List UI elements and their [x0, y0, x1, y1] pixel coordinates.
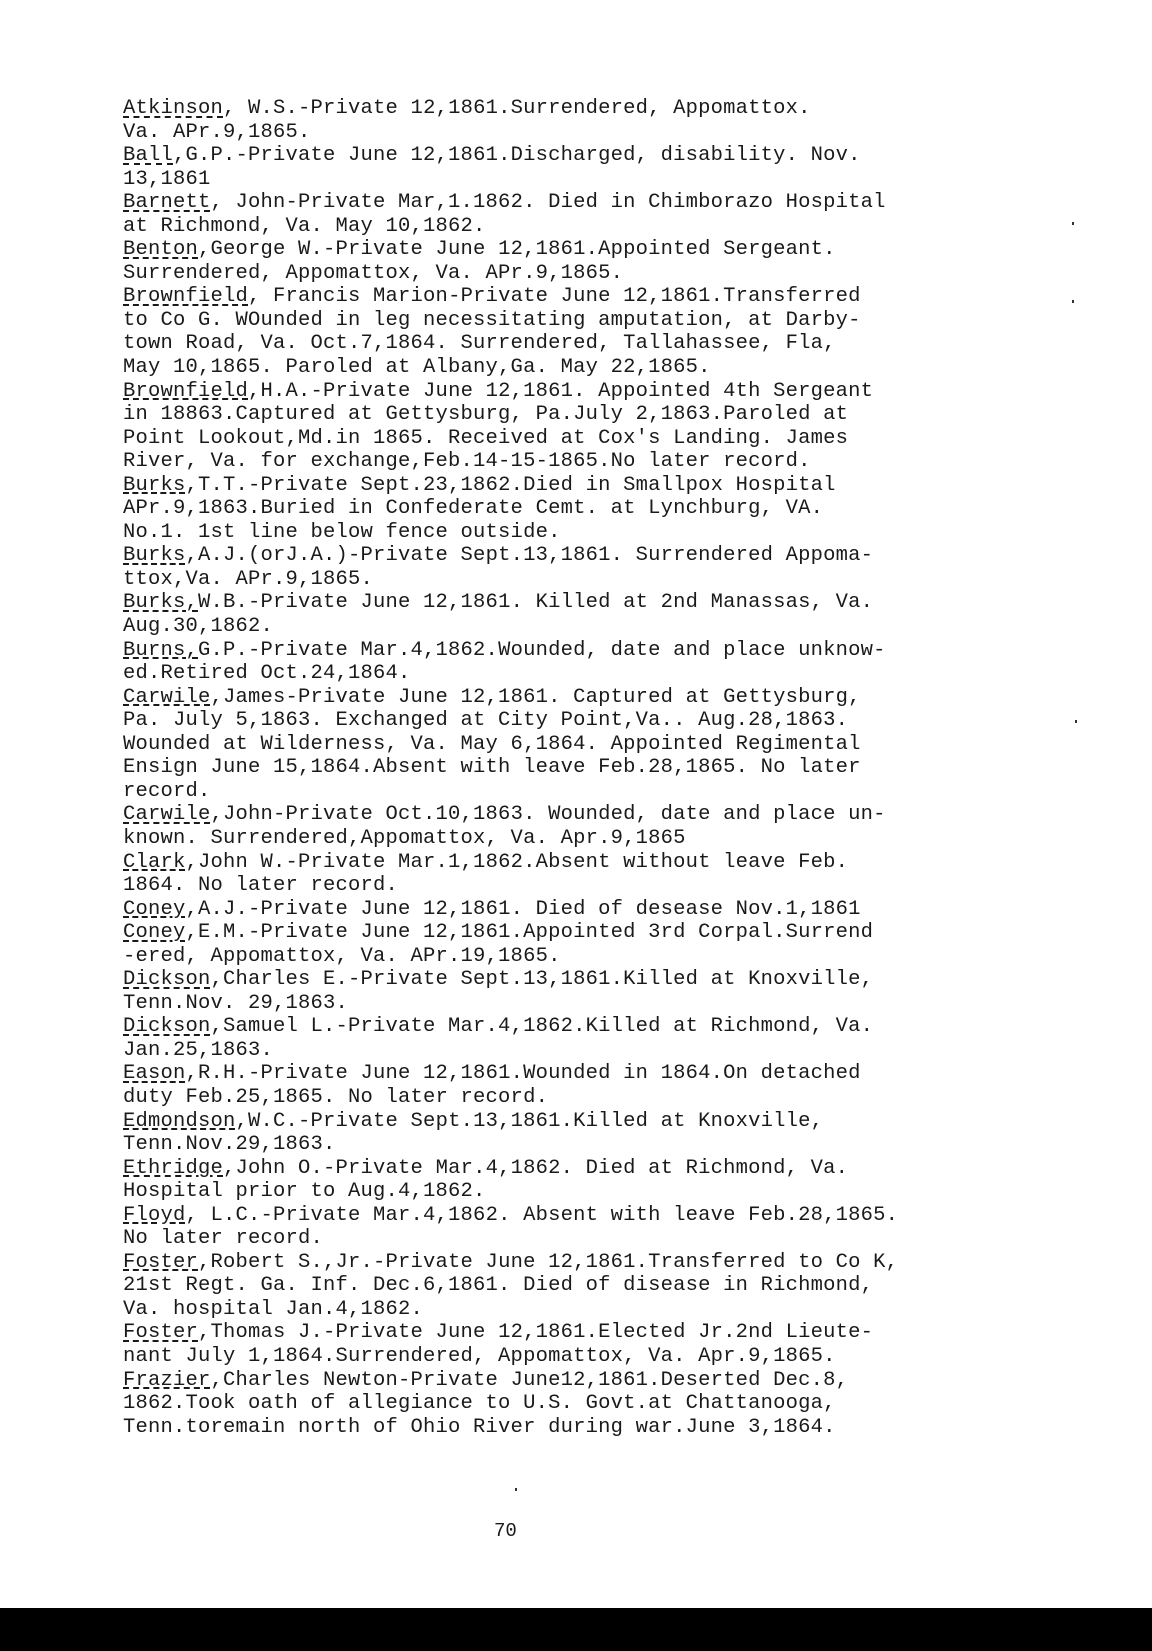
roster-entry-continuation-line: No later record. [123, 1227, 1053, 1251]
service-record-text: ed.Retired Oct.24,1864. [123, 662, 411, 685]
service-record-text: ,T.T.-Private Sept.23,1862.Died in Small… [186, 474, 836, 497]
roster-entry-continuation-line: Point Lookout,Md.in 1865. Received at Co… [123, 427, 1053, 451]
roster-entry-continuation-line: Pa. July 5,1863. Exchanged at City Point… [123, 709, 1053, 733]
roster-entry-continuation-line: Tenn.Nov. 29,1863. [123, 992, 1053, 1016]
soldier-surname: Barnett [123, 191, 211, 214]
service-record-text: Jan.25,1863. [123, 1039, 273, 1062]
roster-entry-continuation-line: 1862.Took oath of allegiance to U.S. Gov… [123, 1392, 1053, 1416]
roster-entry-first-line: Coney,A.J.-Private June 12,1861. Died of… [123, 898, 1053, 922]
soldier-surname: Ball [123, 144, 173, 167]
service-record-text: Surrendered, Appomattox, Va. APr.9,1865. [123, 262, 623, 285]
service-record-text: 21st Regt. Ga. Inf. Dec.6,1861. Died of … [123, 1274, 873, 1297]
service-record-text: ,Charles Newton-Private June12,1861.Dese… [211, 1369, 849, 1392]
scan-edge-band [0, 1608, 1152, 1651]
service-record-text: ,George W.-Private June 12,1861.Appointe… [198, 238, 836, 261]
service-record-text: ,John W.-Private Mar.1,1862.Absent witho… [186, 851, 849, 874]
soldier-surname: Coney [123, 898, 186, 921]
scan-artifact-speck [515, 1488, 517, 1491]
soldier-surname: Carwile [123, 803, 211, 826]
roster-entry-first-line: Burns,G.P.-Private Mar.4,1862.Wounded, d… [123, 639, 1053, 663]
service-record-text: ,A.J.(orJ.A.)-Private Sept.13,1861. Surr… [186, 544, 874, 567]
roster-entry-first-line: Dickson,Samuel L.-Private Mar.4,1862.Kil… [123, 1015, 1053, 1039]
soldier-surname: Coney [123, 921, 186, 944]
roster-entry-first-line: Brownfield, Francis Marion-Private June … [123, 285, 1053, 309]
service-record-text: record. [123, 780, 211, 803]
roster-entry-continuation-line: known. Surrendered,Appomattox, Va. Apr.9… [123, 827, 1053, 851]
roster-entry-continuation-line: duty Feb.25,1865. No later record. [123, 1086, 1053, 1110]
service-record-text: Va. APr.9,1865. [123, 121, 311, 144]
service-record-text: , W.S.-Private 12,1861.Surrendered, Appo… [223, 97, 811, 120]
service-record-text: ,W.C.-Private Sept.13,1861.Killed at Kno… [236, 1110, 824, 1133]
service-record-text: Tenn.toremain north of Ohio River during… [123, 1416, 836, 1439]
roster-entry-first-line: Carwile,John-Private Oct.10,1863. Wounde… [123, 803, 1053, 827]
roster-entry-continuation-line: 21st Regt. Ga. Inf. Dec.6,1861. Died of … [123, 1274, 1053, 1298]
roster-entry-continuation-line: Jan.25,1863. [123, 1039, 1053, 1063]
service-record-text: ,E.M.-Private June 12,1861.Appointed 3rd… [186, 921, 874, 944]
roster-entry-continuation-line: -ered, Appomattox, Va. APr.19,1865. [123, 945, 1053, 969]
soldier-surname: Clark [123, 851, 186, 874]
roster-entry-continuation-line: Tenn.toremain north of Ohio River during… [123, 1416, 1053, 1440]
soldier-surname: Dickson [123, 968, 211, 991]
service-record-text: ,John-Private Oct.10,1863. Wounded, date… [211, 803, 886, 826]
roster-entry-first-line: Burks,T.T.-Private Sept.23,1862.Died in … [123, 474, 1053, 498]
roster-entry-first-line: Burks,A.J.(orJ.A.)-Private Sept.13,1861.… [123, 544, 1053, 568]
roster-entry-first-line: Ball,G.P.-Private June 12,1861.Discharge… [123, 144, 1053, 168]
roster-entry-continuation-line: to Co G. WOunded in leg necessitating am… [123, 309, 1053, 333]
roster-entry-continuation-line: at Richmond, Va. May 10,1862. [123, 215, 1053, 239]
soldier-surname: Brownfield [123, 285, 248, 308]
service-record-text: , John-Private Mar,1.1862. Died in Chimb… [211, 191, 886, 214]
roster-entry-continuation-line: Ensign June 15,1864.Absent with leave Fe… [123, 756, 1053, 780]
roster-entry-continuation-line: May 10,1865. Paroled at Albany,Ga. May 2… [123, 356, 1053, 380]
soldier-surname: Carwile [123, 686, 211, 709]
service-record-text: in 18863.Captured at Gettysburg, Pa.July… [123, 403, 848, 426]
roster-entry-first-line: Frazier,Charles Newton-Private June12,18… [123, 1369, 1053, 1393]
roster-entry-first-line: Brownfield,H.A.-Private June 12,1861. Ap… [123, 380, 1053, 404]
page-number: 70 [0, 1520, 1152, 1542]
service-record-text: town Road, Va. Oct.7,1864. Surrendered, … [123, 332, 836, 355]
service-record-text: 13,1861 [123, 168, 211, 191]
service-record-text: 1862.Took oath of allegiance to U.S. Gov… [123, 1392, 836, 1415]
scan-artifact-speck [1075, 720, 1077, 723]
service-record-text: Wounded at Wilderness, Va. May 6,1864. A… [123, 733, 861, 756]
roster-entry-continuation-line: No.1. 1st line below fence outside. [123, 521, 1053, 545]
service-record-text: No later record. [123, 1227, 323, 1250]
soldier-surname: Atkinson [123, 97, 223, 120]
service-record-text: ,Robert S.,Jr.-Private June 12,1861.Tran… [198, 1251, 898, 1274]
soldier-surname: Foster [123, 1251, 198, 1274]
soldier-surname: Burns, [123, 639, 198, 662]
roster-entry-first-line: Foster,Robert S.,Jr.-Private June 12,186… [123, 1251, 1053, 1275]
roster-entry-continuation-line: town Road, Va. Oct.7,1864. Surrendered, … [123, 332, 1053, 356]
service-record-text: Va. hospital Jan.4,1862. [123, 1298, 423, 1321]
roster-entry-continuation-line: River, Va. for exchange,Feb.14-15-1865.N… [123, 450, 1053, 474]
roster-entry-continuation-line: Tenn.Nov.29,1863. [123, 1133, 1053, 1157]
roster-entry-continuation-line: APr.9,1863.Buried in Confederate Cemt. a… [123, 497, 1053, 521]
service-record-text: Tenn.Nov. 29,1863. [123, 992, 348, 1015]
service-record-text: ,R.H.-Private June 12,1861.Wounded in 18… [186, 1062, 861, 1085]
roster-entry-first-line: Edmondson,W.C.-Private Sept.13,1861.Kill… [123, 1110, 1053, 1134]
service-record-text: ,Samuel L.-Private Mar.4,1862.Killed at … [211, 1015, 874, 1038]
service-record-text: ,Charles E.-Private Sept.13,1861.Killed … [211, 968, 874, 991]
service-record-text: ,Thomas J.-Private June 12,1861.Elected … [198, 1321, 873, 1344]
soldier-surname: Foster [123, 1321, 198, 1344]
soldier-surname: Floyd [123, 1204, 186, 1227]
roster-entry-continuation-line: ed.Retired Oct.24,1864. [123, 662, 1053, 686]
scan-artifact-speck [1072, 300, 1074, 303]
service-record-text: ,A.J.-Private June 12,1861. Died of dese… [186, 898, 861, 921]
roster-entry-continuation-line: Surrendered, Appomattox, Va. APr.9,1865. [123, 262, 1053, 286]
soldier-surname: Ethridge [123, 1157, 223, 1180]
service-record-text: ttox,Va. APr.9,1865. [123, 568, 373, 591]
soldier-surname: Brownfield [123, 380, 248, 403]
roster-entry-continuation-line: nant July 1,1864.Surrendered, Appomattox… [123, 1345, 1053, 1369]
service-record-text: Hospital prior to Aug.4,1862. [123, 1180, 486, 1203]
roster-entry-first-line: Burks,W.B.-Private June 12,1861. Killed … [123, 591, 1053, 615]
roster-entry-first-line: Carwile,James-Private June 12,1861. Capt… [123, 686, 1053, 710]
service-record-text: , L.C.-Private Mar.4,1862. Absent with l… [186, 1204, 899, 1227]
service-record-text: ,H.A.-Private June 12,1861. Appointed 4t… [248, 380, 873, 403]
service-record-text: Point Lookout,Md.in 1865. Received at Co… [123, 427, 848, 450]
roster-entry-continuation-line: Va. hospital Jan.4,1862. [123, 1298, 1053, 1322]
soldier-surname: Dickson [123, 1015, 211, 1038]
service-record-text: nant July 1,1864.Surrendered, Appomattox… [123, 1345, 836, 1368]
roster-entry-continuation-line: Wounded at Wilderness, Va. May 6,1864. A… [123, 733, 1053, 757]
soldier-surname: Burks, [123, 591, 198, 614]
service-record-text: Tenn.Nov.29,1863. [123, 1133, 336, 1156]
roster-entry-first-line: Floyd, L.C.-Private Mar.4,1862. Absent w… [123, 1204, 1053, 1228]
service-record-text: APr.9,1863.Buried in Confederate Cemt. a… [123, 497, 823, 520]
service-record-text: , Francis Marion-Private June 12,1861.Tr… [248, 285, 861, 308]
service-record-text: 1864. No later record. [123, 874, 398, 897]
service-record-text: to Co G. WOunded in leg necessitating am… [123, 309, 861, 332]
roster-entry-continuation-line: in 18863.Captured at Gettysburg, Pa.July… [123, 403, 1053, 427]
service-record-text: G.P.-Private Mar.4,1862.Wounded, date an… [198, 639, 886, 662]
service-record-text: No.1. 1st line below fence outside. [123, 521, 561, 544]
roster-entry-first-line: Clark,John W.-Private Mar.1,1862.Absent … [123, 851, 1053, 875]
roster-entry-first-line: Barnett, John-Private Mar,1.1862. Died i… [123, 191, 1053, 215]
soldier-surname: Benton [123, 238, 198, 261]
soldier-surname: Edmondson [123, 1110, 236, 1133]
roster-entry-first-line: Benton,George W.-Private June 12,1861.Ap… [123, 238, 1053, 262]
roster-entry-continuation-line: record. [123, 780, 1053, 804]
soldier-surname: Burks [123, 474, 186, 497]
roster-entry-continuation-line: ttox,Va. APr.9,1865. [123, 568, 1053, 592]
roster-entry-first-line: Foster,Thomas J.-Private June 12,1861.El… [123, 1321, 1053, 1345]
roster-text-block: Atkinson, W.S.-Private 12,1861.Surrender… [123, 97, 1053, 1439]
service-record-text: May 10,1865. Paroled at Albany,Ga. May 2… [123, 356, 711, 379]
service-record-text: ,John O.-Private Mar.4,1862. Died at Ric… [223, 1157, 848, 1180]
service-record-text: at Richmond, Va. May 10,1862. [123, 215, 486, 238]
service-record-text: ,James-Private June 12,1861. Captured at… [211, 686, 861, 709]
roster-entry-first-line: Ethridge,John O.-Private Mar.4,1862. Die… [123, 1157, 1053, 1181]
roster-entry-first-line: Coney,E.M.-Private June 12,1861.Appointe… [123, 921, 1053, 945]
service-record-text: Ensign June 15,1864.Absent with leave Fe… [123, 756, 861, 779]
roster-entry-continuation-line: Hospital prior to Aug.4,1862. [123, 1180, 1053, 1204]
roster-entry-continuation-line: 1864. No later record. [123, 874, 1053, 898]
service-record-text: Pa. July 5,1863. Exchanged at City Point… [123, 709, 848, 732]
service-record-text: River, Va. for exchange,Feb.14-15-1865.N… [123, 450, 811, 473]
roster-entry-first-line: Atkinson, W.S.-Private 12,1861.Surrender… [123, 97, 1053, 121]
soldier-surname: Burks [123, 544, 186, 567]
service-record-text: known. Surrendered,Appomattox, Va. Apr.9… [123, 827, 686, 850]
roster-entry-first-line: Dickson,Charles E.-Private Sept.13,1861.… [123, 968, 1053, 992]
service-record-text: Aug.30,1862. [123, 615, 273, 638]
soldier-surname: Frazier [123, 1369, 211, 1392]
service-record-text: -ered, Appomattox, Va. APr.19,1865. [123, 945, 561, 968]
scan-artifact-speck [1072, 222, 1074, 225]
roster-entry-continuation-line: 13,1861 [123, 168, 1053, 192]
roster-entry-continuation-line: Va. APr.9,1865. [123, 121, 1053, 145]
soldier-surname: Eason [123, 1062, 186, 1085]
roster-entry-continuation-line: Aug.30,1862. [123, 615, 1053, 639]
roster-entry-first-line: Eason,R.H.-Private June 12,1861.Wounded … [123, 1062, 1053, 1086]
service-record-text: W.B.-Private June 12,1861. Killed at 2nd… [198, 591, 873, 614]
service-record-text: ,G.P.-Private June 12,1861.Discharged, d… [173, 144, 861, 167]
service-record-text: duty Feb.25,1865. No later record. [123, 1086, 548, 1109]
